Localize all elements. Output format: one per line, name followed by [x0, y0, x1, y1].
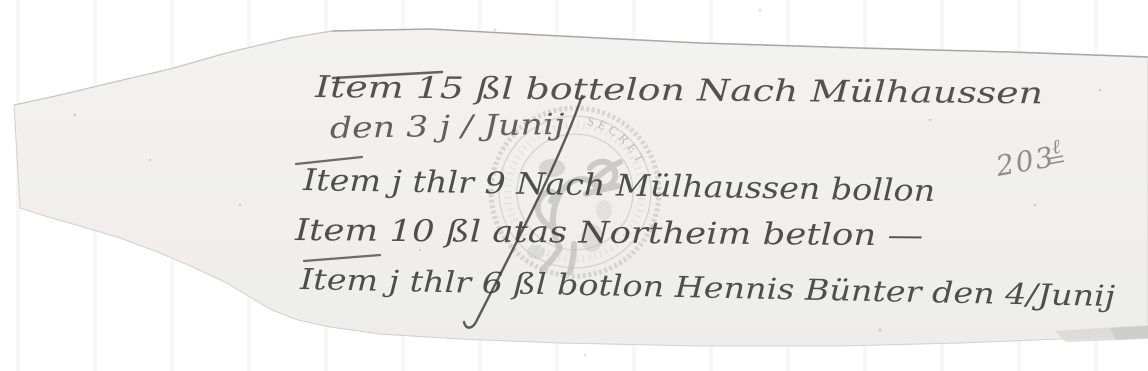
- handwriting-line-1: Item 15 ßl bottelon Nach Mülhaussen: [314, 70, 1044, 111]
- scanned-document-page: SECRET Item 15 ßl bottelon Nach Mülhauss…: [0, 0, 1148, 371]
- corner-shading-dark: [1110, 326, 1148, 340]
- document-scan-canvas: SECRET Item 15 ßl bottelon Nach Mülhauss…: [0, 0, 1148, 371]
- handwriting-line-4: Item 10 ßl atas Northeim betlon —: [294, 213, 923, 253]
- handwriting-line-2: den 3 j / Junij: [330, 107, 566, 145]
